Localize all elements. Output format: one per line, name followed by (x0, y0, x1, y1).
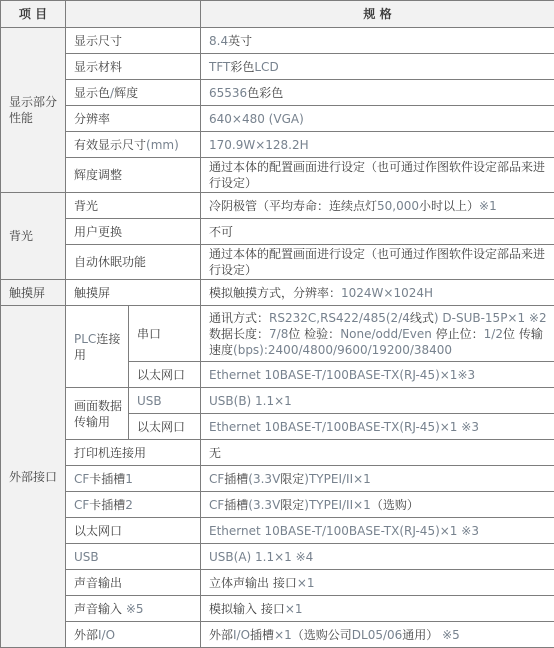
item-printer: 打印机连接用 (66, 440, 201, 466)
row-ext-io: 外部I/O 外部I/O插槽×1（选购公司DL05/06通用） ※5 (1, 622, 554, 648)
item-touch: 触摸屏 (66, 280, 201, 306)
item-ext-io: 外部I/O (66, 622, 201, 648)
item-ethernet: 以太网口 (66, 518, 201, 544)
value-printer: 无 (201, 440, 554, 466)
row-display-size: 显示部分性能 显示尺寸 8.4英寸 (1, 28, 554, 54)
row-sd-usb: 画面数据传输用 USB USB(B) 1.1×1 (1, 388, 554, 414)
row-brightness-adjust: 辉度调整 通过本体的配置画面进行设定（也可通过作图软件设定部品来进行设定） (1, 158, 554, 193)
value-auto-sleep: 通过本体的配置画面进行设定（也可通过作图软件设定部品来进行设定） (201, 245, 554, 280)
header-spec: 规 格 (201, 1, 554, 28)
row-effective-size: 有效显示尺寸(mm) 170.9W×128.2H (1, 132, 554, 158)
group-cell-external: 外部接口 (1, 306, 66, 648)
spec-table: 项 目 规 格 显示部分性能 显示尺寸 8.4英寸 显示材料 TFT彩色LCD … (0, 0, 554, 648)
item-sd-ethernet: 以太网口 (129, 414, 201, 440)
value-plc-ethernet: Ethernet 10BASE-T/100BASE-TX(RJ-45)×1※3 (201, 362, 554, 388)
row-cf-slot1: CF卡插槽1 CF插槽(3.3V限定)TYPEI/II×1 (1, 466, 554, 492)
group-cell-touch: 触摸屏 (1, 280, 66, 306)
value-ethernet: Ethernet 10BASE-T/100BASE-TX(RJ-45)×1 ※3 (201, 518, 554, 544)
row-display-material: 显示材料 TFT彩色LCD (1, 54, 554, 80)
row-resolution: 分辨率 640×480 (VGA) (1, 106, 554, 132)
item-display-size: 显示尺寸 (66, 28, 201, 54)
item-plc-ethernet: 以太网口 (129, 362, 201, 388)
row-user-replace: 用户更换 不可 (1, 219, 554, 245)
item-sd-usb: USB (129, 388, 201, 414)
value-sd-ethernet: Ethernet 10BASE-T/100BASE-TX(RJ-45)×1 ※3 (201, 414, 554, 440)
item-cf-slot1: CF卡插槽1 (66, 466, 201, 492)
item-cf-slot2: CF卡插槽2 (66, 492, 201, 518)
item-audio-out: 声音输出 (66, 570, 201, 596)
value-display-colors: 65536色彩色 (201, 80, 554, 106)
row-touch: 触摸屏 触摸屏 模拟触摸方式，分辨率：1024W×1024H (1, 280, 554, 306)
value-usb: USB(A) 1.1×1 ※4 (201, 544, 554, 570)
header-row: 项 目 规 格 (1, 1, 554, 28)
row-printer: 打印机连接用 无 (1, 440, 554, 466)
value-effective-size: 170.9W×128.2H (201, 132, 554, 158)
group-cell-display: 显示部分性能 (1, 28, 66, 193)
row-display-colors: 显示色/辉度 65536色彩色 (1, 80, 554, 106)
header-item: 项 目 (1, 1, 66, 28)
row-ethernet: 以太网口 Ethernet 10BASE-T/100BASE-TX(RJ-45)… (1, 518, 554, 544)
item-backlight: 背光 (66, 193, 201, 219)
item-plc-serial: 串口 (129, 306, 201, 362)
value-display-size: 8.4英寸 (201, 28, 554, 54)
row-plc-serial: 外部接口 PLC连接用 串口 通讯方式：RS232C,RS422/485(2/4… (1, 306, 554, 362)
item-display-material: 显示材料 (66, 54, 201, 80)
value-cf-slot2: CF插槽(3.3V限定)TYPEI/II×1（选购） (201, 492, 554, 518)
value-touch: 模拟触摸方式，分辨率：1024W×1024H (201, 280, 554, 306)
group-cell-backlight: 背光 (1, 193, 66, 280)
row-audio-in: 声音输入 ※5 模拟输入 接口×1 (1, 596, 554, 622)
value-ext-io: 外部I/O插槽×1（选购公司DL05/06通用） ※5 (201, 622, 554, 648)
row-cf-slot2: CF卡插槽2 CF插槽(3.3V限定)TYPEI/II×1（选购） (1, 492, 554, 518)
value-display-material: TFT彩色LCD (201, 54, 554, 80)
item-display-colors: 显示色/辉度 (66, 80, 201, 106)
subgroup-plc: PLC连接用 (66, 306, 129, 388)
row-auto-sleep: 自动休眠功能 通过本体的配置画面进行设定（也可通过作图软件设定部品来进行设定） (1, 245, 554, 280)
value-user-replace: 不可 (201, 219, 554, 245)
item-audio-in: 声音输入 ※5 (66, 596, 201, 622)
header-empty (66, 1, 201, 28)
value-backlight: 冷阴极管（平均寿命：连续点灯50,000小时以上）※1 (201, 193, 554, 219)
row-audio-out: 声音输出 立体声输出 接口×1 (1, 570, 554, 596)
item-resolution: 分辨率 (66, 106, 201, 132)
item-user-replace: 用户更换 (66, 219, 201, 245)
row-usb: USB USB(A) 1.1×1 ※4 (1, 544, 554, 570)
item-auto-sleep: 自动休眠功能 (66, 245, 201, 280)
row-backlight: 背光 背光 冷阴极管（平均寿命：连续点灯50,000小时以上）※1 (1, 193, 554, 219)
value-resolution: 640×480 (VGA) (201, 106, 554, 132)
subgroup-screen-data: 画面数据传输用 (66, 388, 129, 440)
item-effective-size: 有效显示尺寸(mm) (66, 132, 201, 158)
value-brightness-adjust: 通过本体的配置画面进行设定（也可通过作图软件设定部品来进行设定） (201, 158, 554, 193)
value-cf-slot1: CF插槽(3.3V限定)TYPEI/II×1 (201, 466, 554, 492)
value-audio-out: 立体声输出 接口×1 (201, 570, 554, 596)
item-brightness-adjust: 辉度调整 (66, 158, 201, 193)
value-plc-serial: 通讯方式：RS232C,RS422/485(2/4线式) D-SUB-15P×1… (201, 306, 554, 362)
item-usb: USB (66, 544, 201, 570)
value-audio-in: 模拟输入 接口×1 (201, 596, 554, 622)
value-sd-usb: USB(B) 1.1×1 (201, 388, 554, 414)
